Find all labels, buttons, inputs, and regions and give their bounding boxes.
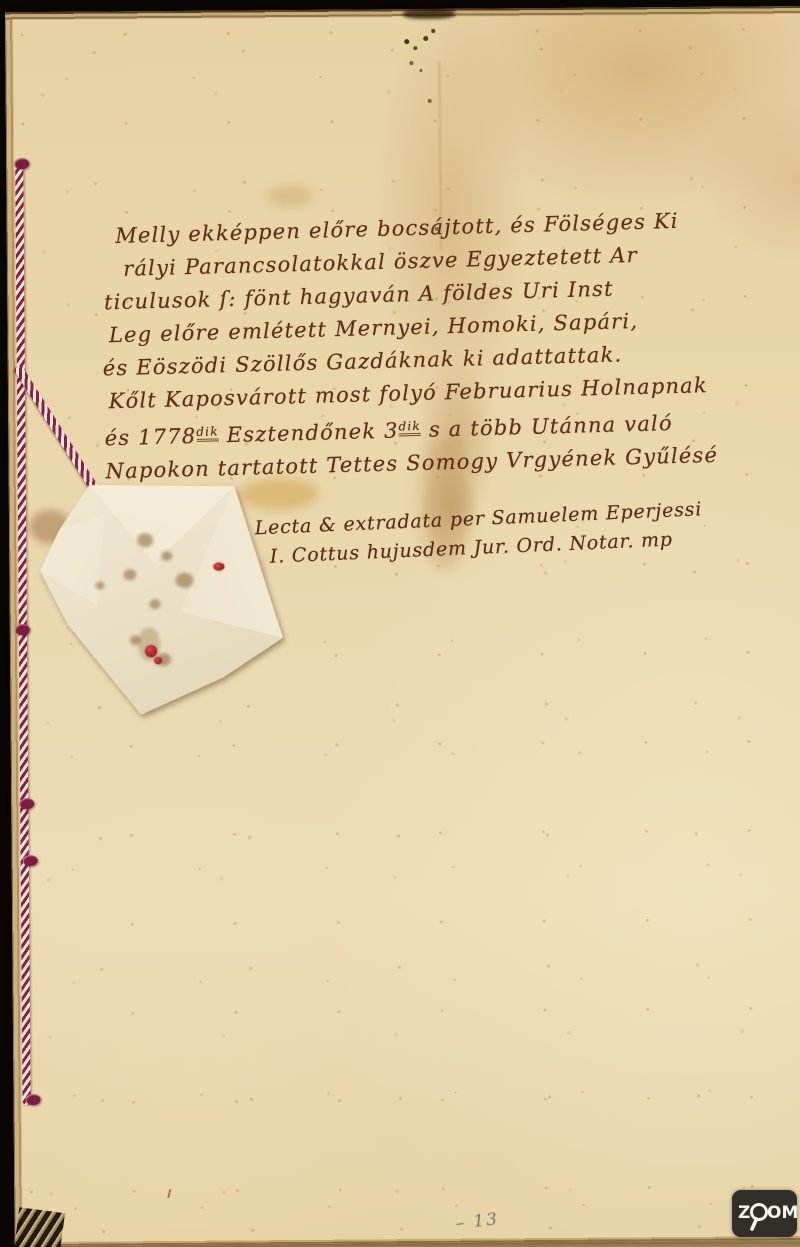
red-mark	[167, 1189, 171, 1198]
line-text: és 1778	[104, 424, 196, 450]
ink-spot	[431, 29, 435, 33]
ink-spot	[409, 61, 413, 65]
line-text: s a több Utánna való	[421, 411, 673, 442]
zoom-watermark-logo: Z OM	[732, 1190, 797, 1237]
seal-stain	[95, 582, 104, 590]
ink-spot	[428, 99, 432, 103]
ordinal-superscript: dik	[398, 419, 421, 437]
magnifier-icon	[752, 1205, 767, 1230]
page-number: – 13	[455, 1209, 501, 1234]
line-text: Esztendőnek 3	[219, 418, 399, 447]
cord-knot	[23, 855, 38, 866]
manuscript-body-text: Melly ekképpen előre bocsájtott, és Föls…	[99, 204, 722, 522]
manuscript-page: Melly ekképpen előre bocsájtott, és Föls…	[5, 6, 800, 1246]
seal-stain	[175, 573, 193, 588]
ink-spot	[404, 39, 409, 44]
watermark-letter-z: Z	[738, 1203, 750, 1223]
ink-spot	[403, 9, 455, 19]
cord-knot	[15, 624, 30, 635]
ink-spot	[413, 46, 417, 50]
wax-dot	[154, 657, 162, 664]
seal-stain	[161, 551, 172, 561]
cord-knot	[19, 798, 34, 809]
seal-stain	[137, 533, 153, 547]
cord-knot	[14, 158, 29, 169]
zoom-watermark: Z OM	[732, 1190, 797, 1237]
wax-dot	[145, 645, 157, 657]
cord-knot	[26, 1094, 41, 1105]
page-stack-corner	[14, 1207, 65, 1247]
seal-stain	[150, 599, 161, 609]
seal-stain	[123, 569, 136, 580]
watermark-letters-om: OM	[767, 1203, 797, 1223]
ordinal-superscript: dik	[196, 424, 219, 442]
ink-spot	[423, 36, 428, 41]
ink-spot	[419, 69, 422, 72]
stain	[266, 185, 312, 207]
wax-dot	[213, 563, 224, 571]
scanned-manuscript: Melly ekképpen előre bocsájtott, és Föls…	[0, 0, 800, 1247]
paper-seal	[37, 476, 289, 723]
